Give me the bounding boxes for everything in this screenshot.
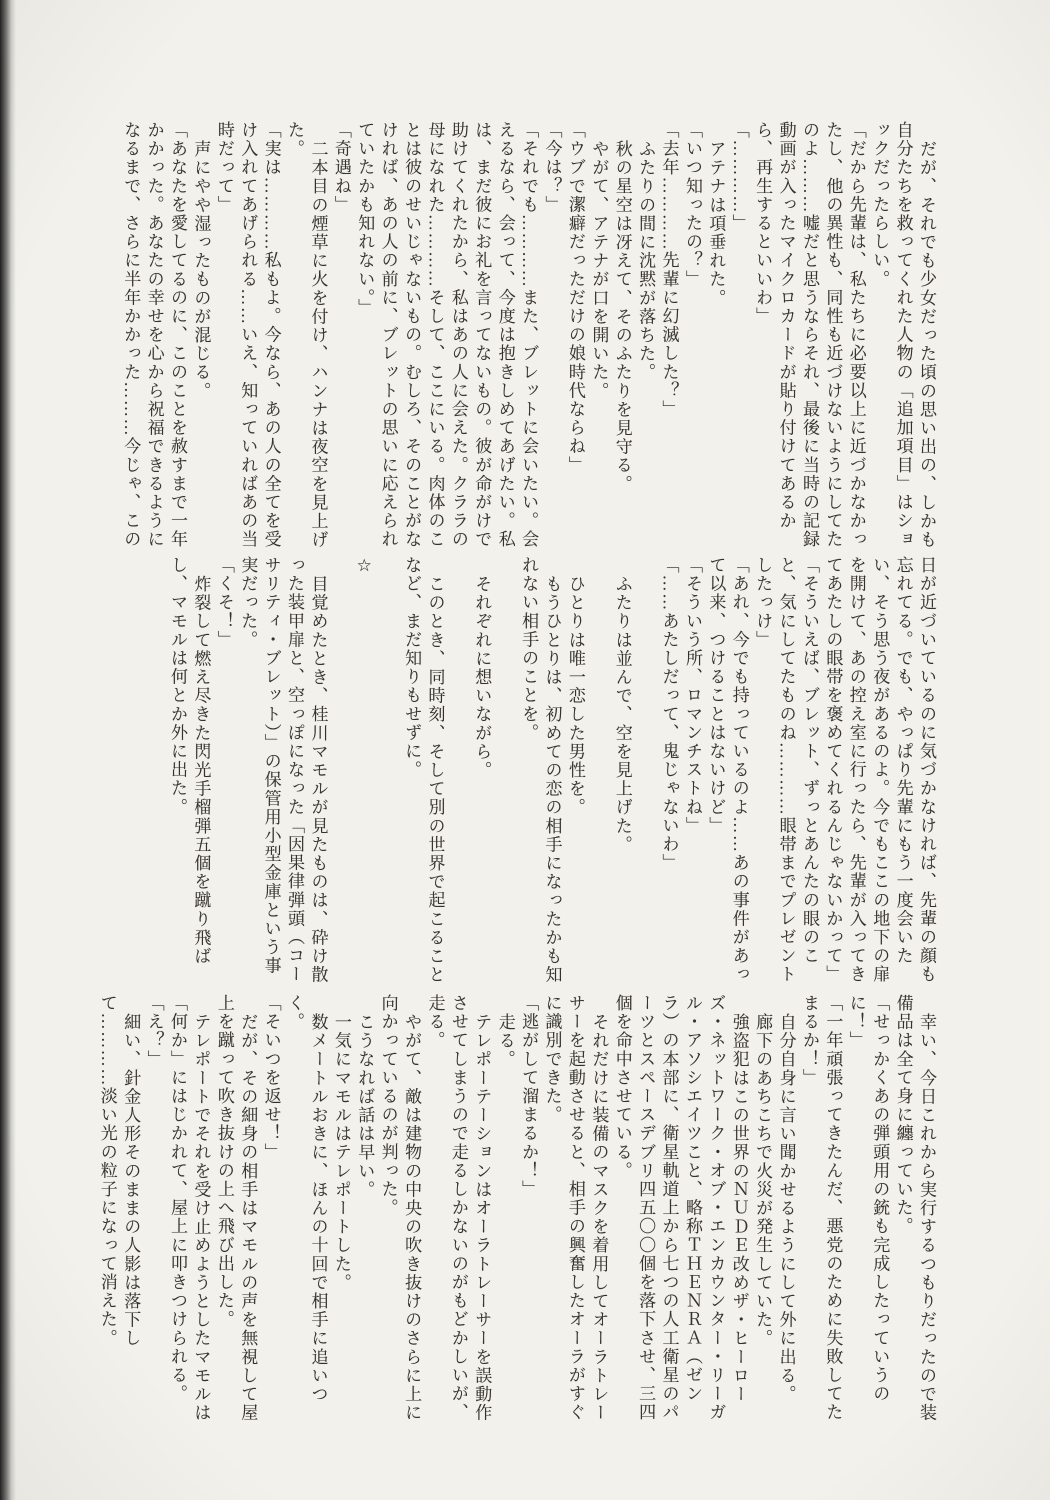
paragraph: 「……あたしだって、鬼じゃないわ」 — [657, 556, 680, 992]
paragraph: ひとりは唯一恋した男性を。 — [564, 556, 587, 992]
blank-line — [329, 556, 352, 992]
paragraph: 秋の星空は冴えて、そのふたりを見守る。 — [610, 121, 633, 557]
paragraph: 日が近づいているのに気づかなければ、先輩の顔も忘れてる。でも、やっぱり先輩にもう… — [821, 556, 938, 992]
text-block-top: だが、それでも少女だった頃の思い出の、しかも自分たちを救ってくれた人物の「追加項… — [119, 121, 938, 557]
paragraph: 声にやや湿ったものが混じる。 — [189, 121, 212, 557]
text-block-middle: 日が近づいているのに気づかなければ、先輩の顔も忘れてる。でも、やっぱり先輩にもう… — [166, 556, 938, 992]
paragraph: だが、それでも少女だった頃の思い出の、しかも自分たちを救ってくれた人物の「追加項… — [868, 121, 938, 557]
paragraph: 幸い、今日これから実行するつもりだったので装備品は全て身に纏っていた。 — [891, 994, 938, 1430]
blank-line — [493, 556, 516, 992]
paragraph: 「え？」 — [142, 994, 165, 1430]
paragraph: 「そいつを返せ！」 — [259, 994, 282, 1430]
paragraph: 「逃がして溜まるか！」 — [517, 994, 540, 1430]
paragraph: 廊下のあちこちで火災が発生していた。 — [751, 994, 774, 1430]
paragraph: 「実は…………私もよ。今なら、あの人の全てを受け入れてあげられる……いえ、知って… — [212, 121, 282, 557]
paragraph: 「いつ知ったの？」 — [681, 121, 704, 557]
paragraph: 「せっかくあの弾頭用の銃も完成したっていうのに！」 — [844, 994, 891, 1430]
paragraph: 「そういえば、ブレット、ずっとあんたの眼のこと、気にしてたものね…………眼帯まで… — [751, 556, 821, 992]
paragraph: 「そういう所、ロマンチストね」 — [681, 556, 704, 992]
paragraph: ふたりの間に沈黙が落ちた。 — [634, 121, 657, 557]
paragraph: 自分自身に言い聞かせるようにして外に出る。 — [774, 994, 797, 1430]
paragraph: やがて、アテナが口を開いた。 — [587, 121, 610, 557]
paragraph: 「ウブで潔癖だっただけの娘時代ならね」 — [564, 121, 587, 557]
paragraph: 一気にマモルはテレポートした。 — [329, 994, 352, 1430]
paragraph: それだけに装備のマスクを着用してオーラトレーサーを起動させると、相手の興奮したオ… — [540, 994, 610, 1430]
paragraph: 「それでも…………また、ブレットに会いたい。会えるなら、会って、今度は抱きしめて… — [353, 121, 540, 557]
paragraph: ふたりは並んで、空を見上げた。 — [610, 556, 633, 992]
paragraph: 二本目の煙草に火を付け、ハンナは夜空を見上げた。 — [283, 121, 330, 557]
paragraph: 細い、針金人形そのままの人影は落下して…………淡い光の粒子になって消えた。 — [95, 994, 142, 1430]
paragraph: こうなれば話は早い。 — [353, 994, 376, 1430]
scene-break-star: ☆ — [353, 556, 376, 992]
paragraph: このとき、同時刻、そして別の世界で起こることなど、まだ知りもせずに。 — [400, 556, 447, 992]
paragraph: 「今は？」 — [540, 121, 563, 557]
paragraph: 「あれ、今でも持っているのよ……あの事件があって以来、つけることはないけど」 — [704, 556, 751, 992]
blank-line — [634, 556, 657, 992]
paragraph: だが、その細身の相手はマモルの声を無視して屋上を蹴って吹き抜けの上へ飛び出した。 — [212, 994, 259, 1430]
blank-line — [446, 556, 469, 992]
paragraph: 「くそ！」 — [212, 556, 235, 992]
paragraph: それぞれに想いながら。 — [470, 556, 493, 992]
paragraph: テレポーテーションはオーラトレーサーを誤動作させてしまうので走るしかないのがもど… — [423, 994, 493, 1430]
paragraph: 「去年…………先輩に幻滅した？」 — [657, 121, 680, 557]
paragraph: 「あなたを愛してるのに、このことを赦すまで一年かかった。あなたの幸せを心から祝福… — [119, 121, 189, 557]
paragraph: アテナは項垂れた。 — [704, 121, 727, 557]
paragraph: 「奇遇ね」 — [329, 121, 352, 557]
text-block-bottom: 幸い、今日これから実行するつもりだったので装備品は全て身に纏っていた。「せっかく… — [95, 994, 938, 1430]
paragraph: 強盗犯はこの世界のＮＵＤＥ改めザ・ヒーローズ・ネットワーク・オブ・エンカウンター… — [610, 994, 750, 1430]
paragraph: 走る。 — [493, 994, 516, 1430]
scan-gutter-shadow — [0, 0, 16, 1500]
paragraph: もうひとりは、初めての恋の相手になったかも知れない相手のことを。 — [517, 556, 564, 992]
paragraph: 「…………」 — [727, 121, 750, 557]
blank-line — [587, 556, 610, 992]
paragraph: 数メートルおきに、ほんの十回で相手に追いつく。 — [283, 994, 330, 1430]
scanned-page: だが、それでも少女だった頃の思い出の、しかも自分たちを救ってくれた人物の「追加項… — [0, 0, 1050, 1500]
paragraph: テレポートでそれを受け止めようとしたマモルは「何か」にはじかれて、屋上に叩きつけ… — [166, 994, 213, 1430]
paragraph: 「だから先輩は、私たちに必要以上に近づかなかったし、他の異性も、同性も近づけない… — [751, 121, 868, 557]
paragraph: 目覚めたとき、桂川マモルが見たものは、砕け散った装甲扉と、空っぽになった「因果律… — [236, 556, 330, 992]
paragraph: 炸裂して燃え尽きた閃光手榴弾五個を蹴り飛ばし、マモルは何とか外に出た。 — [166, 556, 213, 992]
blank-line — [376, 556, 399, 992]
paragraph: 「一年頑張ってきたんだ、悪党のために失敗してたまるか！」 — [798, 994, 845, 1430]
paragraph: やがて、敵は建物の中央の吹き抜けのさらに上に向かっているのが判った。 — [376, 994, 423, 1430]
